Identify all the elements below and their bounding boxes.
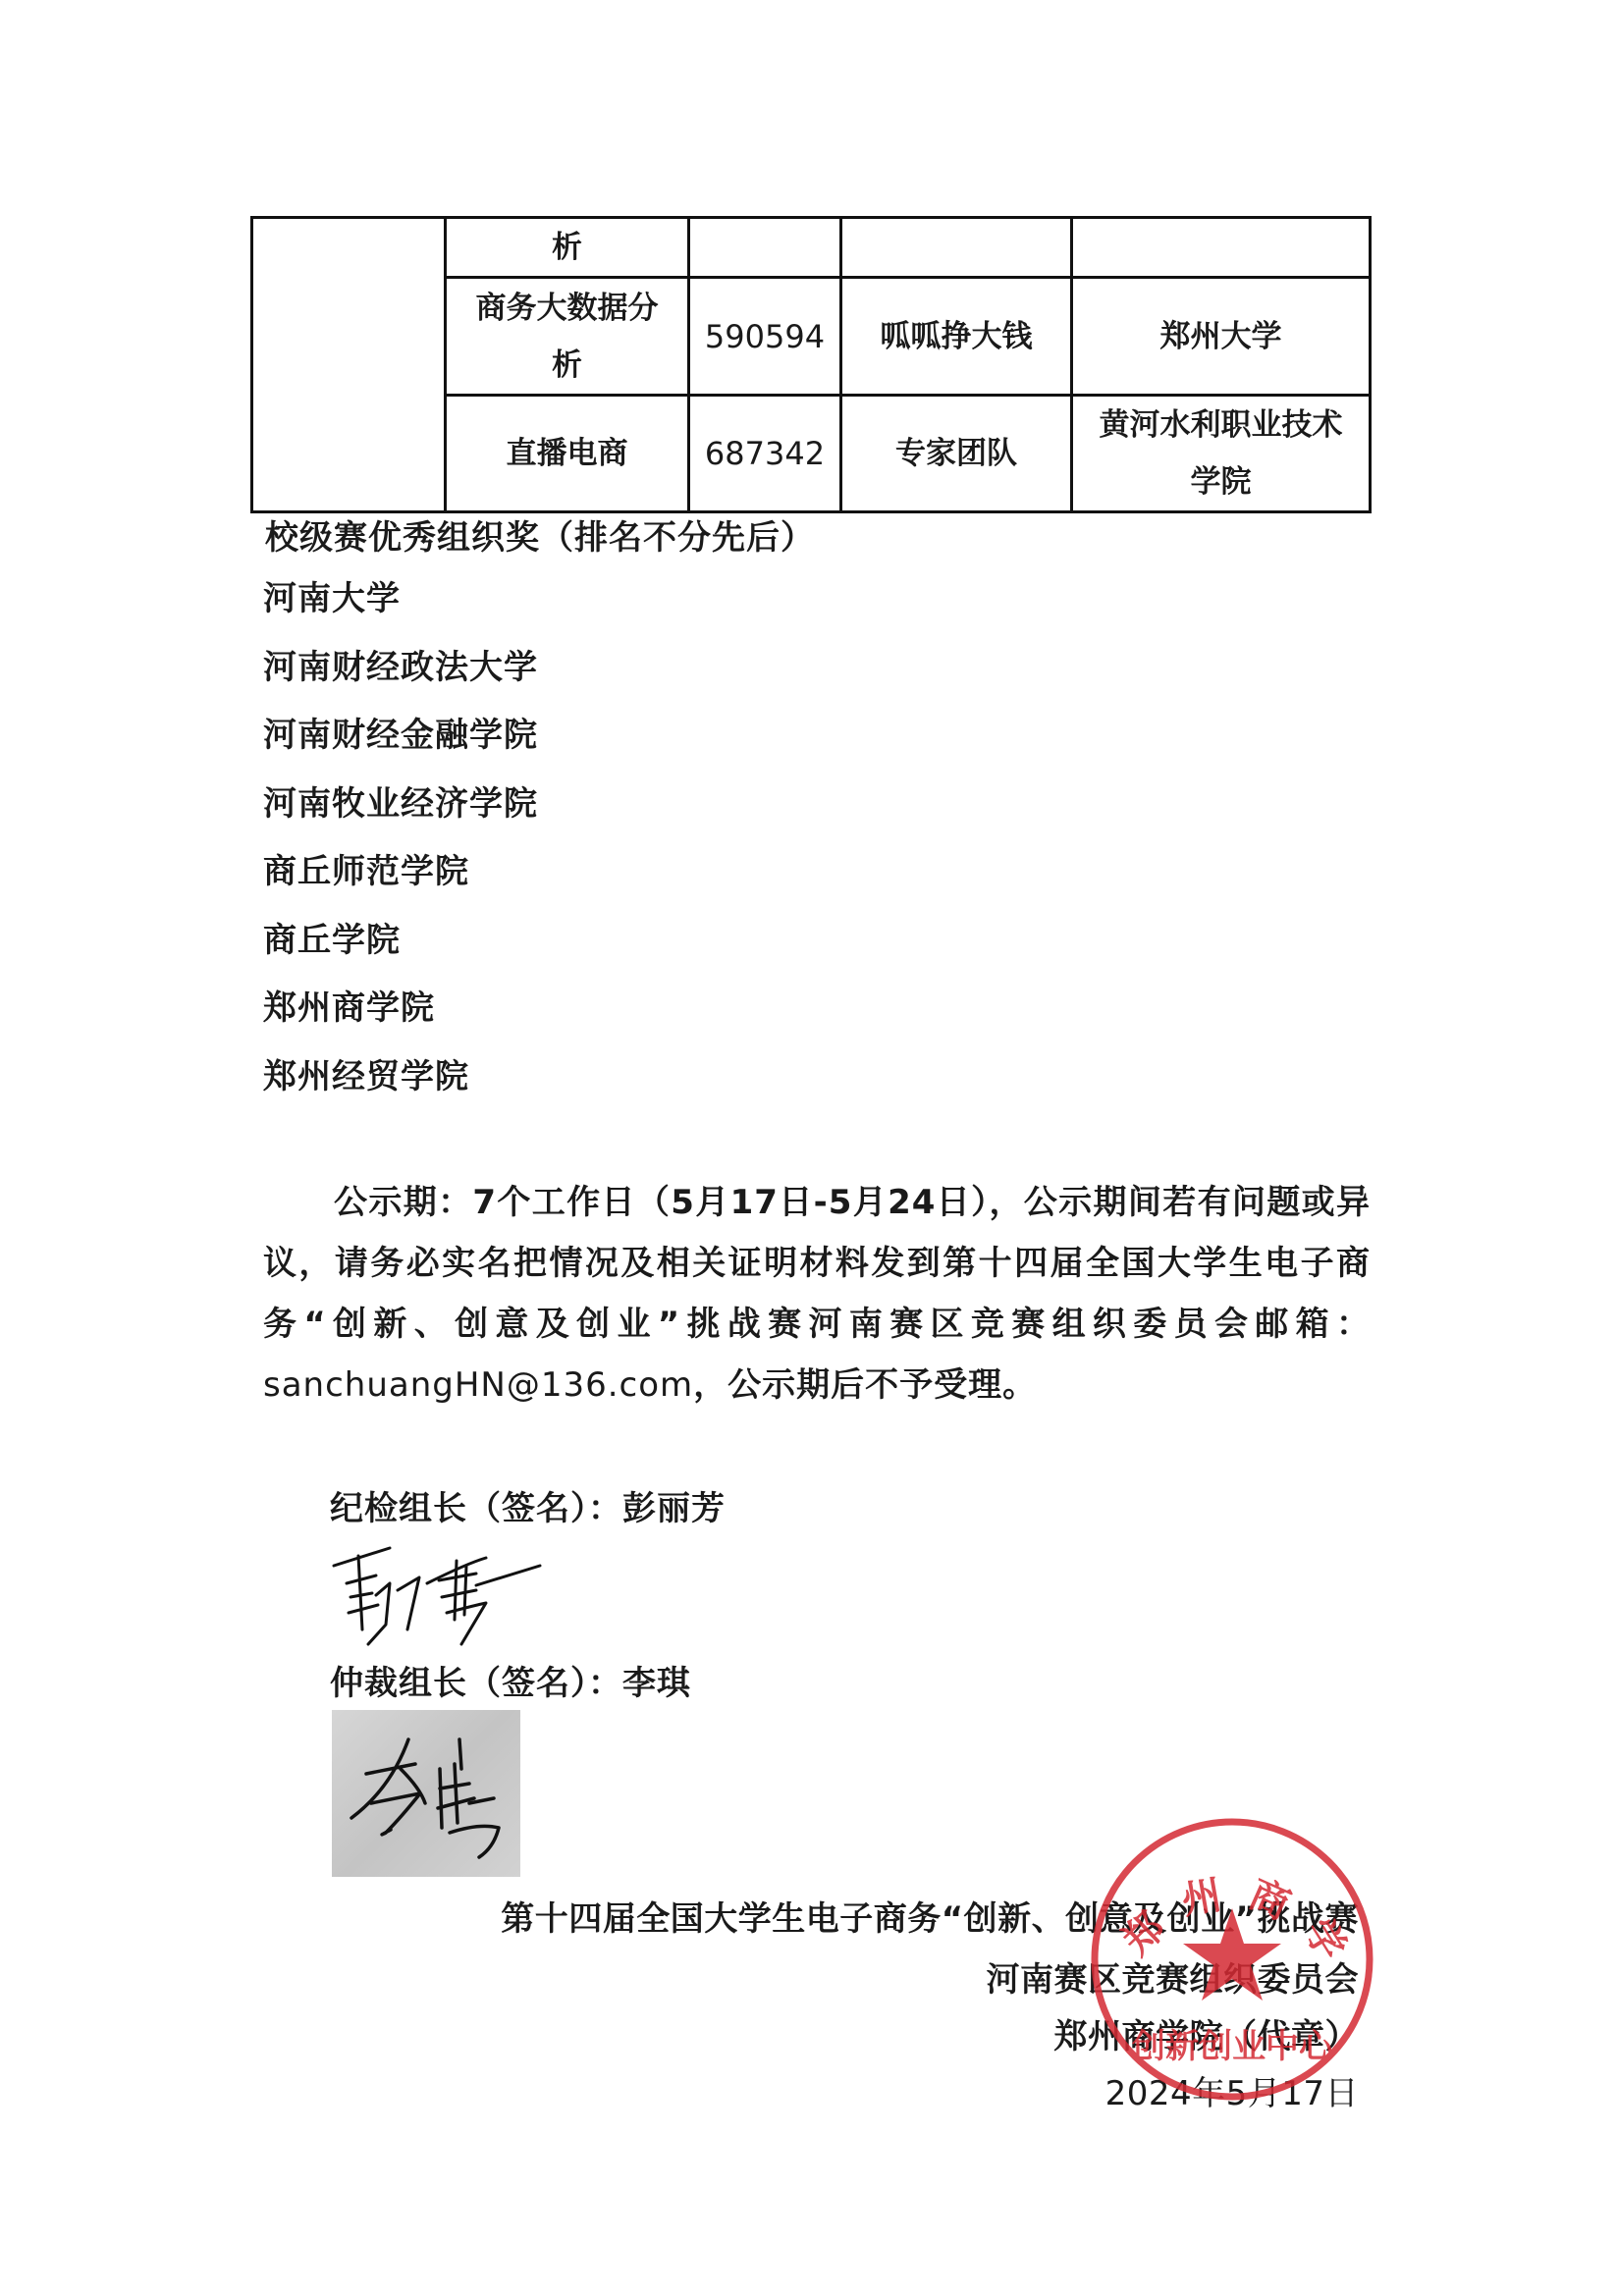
organization-award-list: 河南大学 河南财经政法大学 河南财经金融学院 河南牧业经济学院 商丘师范学院 商… bbox=[263, 569, 538, 1115]
id-cell: 590594 bbox=[689, 278, 841, 396]
school-cell: 黄河水利职业技术 学院 bbox=[1072, 396, 1371, 512]
category-cell bbox=[252, 218, 446, 512]
table-row: 析 bbox=[252, 218, 1371, 278]
document-page: 析 商务大数据分 析 590594 呱呱挣大钱 郑州大学 直播电商 687342… bbox=[0, 0, 1616, 2296]
award-table: 析 商务大数据分 析 590594 呱呱挣大钱 郑州大学 直播电商 687342… bbox=[250, 216, 1372, 513]
committee-name: 河南赛区竞赛组织委员会 bbox=[987, 1955, 1360, 2004]
track-cell: 直播电商 bbox=[446, 396, 689, 512]
list-item: 河南牧业经济学院 bbox=[263, 774, 538, 843]
issue-date: 2024年5月17日 bbox=[1105, 2069, 1359, 2118]
team-cell: 呱呱挣大钱 bbox=[841, 278, 1072, 396]
signature-peng-lifang bbox=[329, 1536, 545, 1654]
team-cell bbox=[841, 218, 1072, 278]
list-item: 河南财经金融学院 bbox=[263, 706, 538, 774]
email-address: sanchuangHN@136.com bbox=[263, 1365, 693, 1405]
signature-li-qi bbox=[332, 1710, 520, 1877]
seal-holder: 郑州商学院（代章） bbox=[1054, 2012, 1360, 2061]
id-cell: 687342 bbox=[689, 396, 841, 512]
list-item: 河南大学 bbox=[263, 569, 538, 638]
organizer-name: 第十四届全国大学生电子商务“创新、创意及创业”挑战赛 bbox=[501, 1895, 1359, 1944]
arbitration-leader-label: 仲裁组长（签名）：李琪 bbox=[330, 1659, 691, 1708]
organization-award-heading: 校级赛优秀组织奖（排名不分先后） bbox=[265, 512, 815, 563]
track-cell: 商务大数据分 析 bbox=[446, 278, 689, 396]
list-item: 郑州经贸学院 bbox=[263, 1047, 538, 1116]
notice-paragraph: 公示期：7个工作日（5月17日-5月24日），公示期间若有问题或异议，请务必实名… bbox=[263, 1172, 1371, 1415]
team-cell: 专家团队 bbox=[841, 396, 1072, 512]
list-item: 河南财经政法大学 bbox=[263, 638, 538, 707]
discipline-leader-label: 纪检组长（签名）：彭丽芳 bbox=[330, 1484, 726, 1533]
list-item: 商丘师范学院 bbox=[263, 842, 538, 911]
list-item: 郑州商学院 bbox=[263, 979, 538, 1047]
school-cell: 郑州大学 bbox=[1072, 278, 1371, 396]
id-cell bbox=[689, 218, 841, 278]
school-cell bbox=[1072, 218, 1371, 278]
notice-text-end: ，公示期后不予受理。 bbox=[693, 1365, 1037, 1405]
track-cell: 析 bbox=[446, 218, 689, 278]
notice-text: 公示期：7个工作日（5月17日-5月24日），公示期间若有问题或异议，请务必实名… bbox=[263, 1183, 1371, 1344]
list-item: 商丘学院 bbox=[263, 911, 538, 980]
